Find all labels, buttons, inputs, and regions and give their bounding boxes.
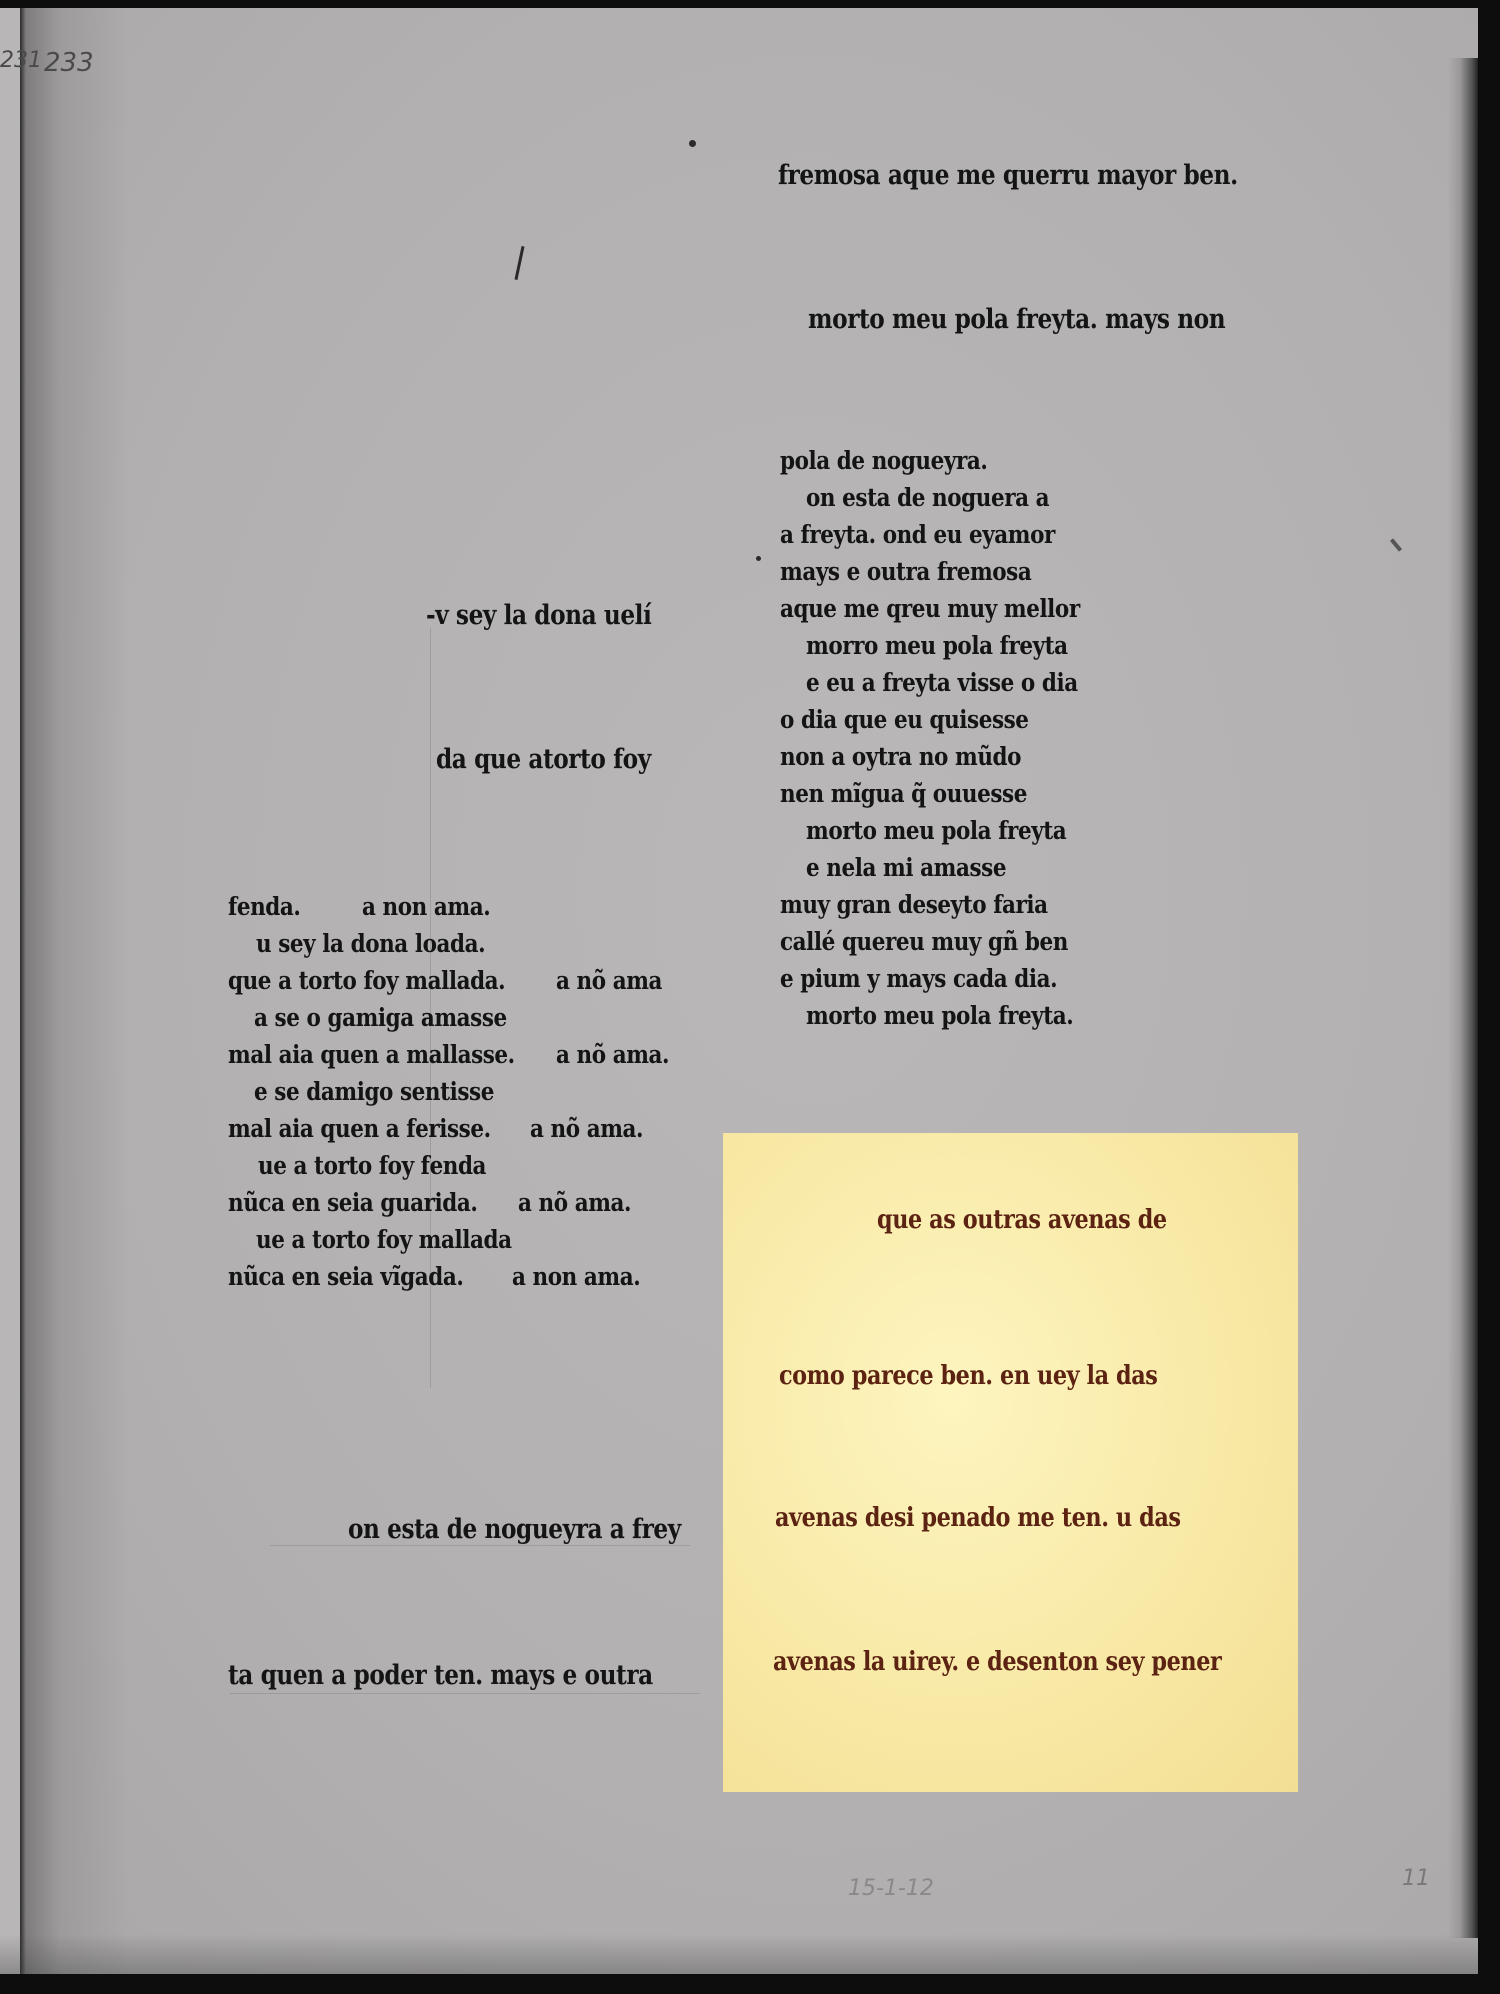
ink-stroke <box>514 246 524 280</box>
verse-line: mal aia quen a ferisse. <box>228 1114 491 1143</box>
verse-line: nũca en seia vĩgada. <box>228 1262 463 1291</box>
stave-text-line: -v sey la dona uelí <box>426 600 651 631</box>
ruling-line <box>230 1693 700 1694</box>
parchment-inset: que as outras avenas de como parece ben.… <box>723 1133 1298 1792</box>
manuscript-page: 231 233 15-1-12 11 fremosa aque me querr… <box>0 8 1478 1974</box>
inset-stave-line: avenas la uirey. e desenton sey pener <box>773 1647 1221 1677</box>
verse-line: mays e outra fremosa <box>780 557 1031 586</box>
verse-line: morro meu pola freyta <box>806 631 1068 660</box>
verse-line: morto meu pola freyta. <box>806 1001 1073 1030</box>
verse-line: morto meu pola freyta <box>806 816 1066 845</box>
stave-text-line: morto meu pola freyta. mays non <box>808 304 1225 335</box>
verse-line: que a torto foy mallada. <box>228 966 505 995</box>
verse-refrain: a nõ ama <box>556 966 662 995</box>
verse-line: e pium y mays cada dia. <box>780 964 1057 993</box>
page-fore-edge <box>1448 58 1478 1938</box>
verse-refrain: a nõ ama. <box>518 1188 631 1217</box>
verse-line: a freyta. ond eu eyamor <box>780 520 1055 549</box>
verse-line: nũca en seia guarida. <box>228 1188 477 1217</box>
verse-refrain: a non ama. <box>512 1262 640 1291</box>
verse-line: fenda. <box>228 892 300 921</box>
verse-line: e nela mi amasse <box>806 853 1006 882</box>
verse-line: o dia que eu quisesse <box>780 705 1029 734</box>
ruling-line <box>270 1545 690 1546</box>
inset-stave-line: que as outras avenas de <box>877 1205 1167 1235</box>
verse-refrain: a non ama. <box>362 892 490 921</box>
verse-line: ue a torto foy fenda <box>258 1151 486 1180</box>
verse-refrain: a nõ ama. <box>556 1040 669 1069</box>
margin-mark <box>1390 538 1402 551</box>
shelfmark: 15-1-12 <box>848 1876 934 1901</box>
verse-line: on esta de noguera a <box>806 483 1049 512</box>
stave-text-line: fremosa aque me querru mayor ben. <box>778 160 1238 191</box>
folio-number: 233 <box>44 48 94 78</box>
corner-mark: 11 <box>1402 1866 1430 1891</box>
page-bottom-edge <box>0 1934 1478 1974</box>
verse-line: pola de nogueyra. <box>780 446 987 475</box>
binding-gutter-shadow <box>20 8 130 1974</box>
verse-line: muy gran deseyto faria <box>780 890 1048 919</box>
stave-text-line: da que atorto foy <box>436 744 651 775</box>
inset-stave-line: avenas desi penado me ten. u das <box>775 1503 1181 1533</box>
verse-line: e eu a freyta visse o dia <box>806 668 1078 697</box>
stave-text-line: on esta de nogueyra a frey <box>348 1514 681 1545</box>
inset-stave-line: como parece ben. en uey la das <box>779 1361 1157 1391</box>
ink-dot <box>756 556 761 561</box>
verse-line: ue a torto foy mallada <box>256 1225 512 1254</box>
verse-line: non a oytra no mũdo <box>780 742 1021 771</box>
stave-text-line: ta quen a poder ten. mays e outra <box>228 1660 653 1691</box>
old-folio-number: 231 <box>0 48 42 73</box>
verse-line: aque me qreu muy mellor <box>780 594 1080 623</box>
verse-refrain: a nõ ama. <box>530 1114 643 1143</box>
verse-line: mal aia quen a mallasse. <box>228 1040 515 1069</box>
verse-line: u sey la dona loada. <box>256 929 485 958</box>
facing-page-edge <box>0 8 20 1974</box>
verse-line: e se damigo sentisse <box>254 1077 494 1106</box>
verse-line: nen mĩgua q̃ ouuesse <box>780 779 1027 808</box>
verse-line: callé quereu muy gñ ben <box>780 927 1068 956</box>
verse-line: a se o gamiga amasse <box>254 1003 507 1032</box>
ink-dot <box>689 140 696 147</box>
